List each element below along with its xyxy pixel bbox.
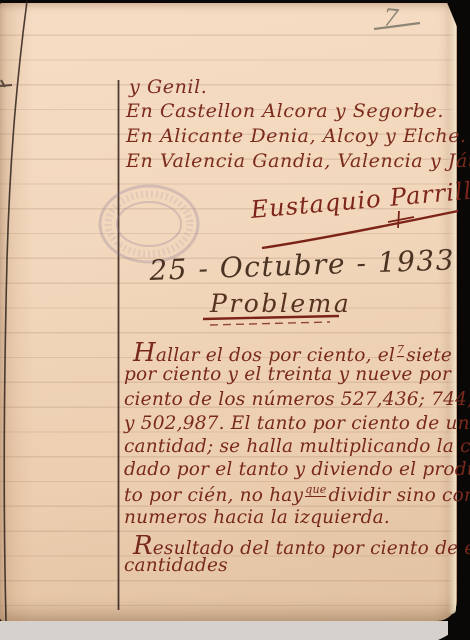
scanner-background-strip — [0, 621, 448, 640]
body-line-text: siete — [406, 345, 452, 366]
inserted-word: que — [305, 483, 326, 497]
page-edge-highlight — [448, 8, 456, 614]
header-line: En Castellon Alcora y Segorbe. — [126, 100, 444, 122]
body-line: por ciento y el treinta y nueve por — [124, 364, 451, 385]
body-line: ciento de los números 527,436; 744,302 — [124, 389, 470, 410]
body-line-text: dividir sino correr dos — [328, 485, 470, 506]
body-line-text: Hallar el dos por ciento, el — [133, 345, 395, 366]
body-line: y 502,987. El tanto por ciento de una — [124, 413, 470, 434]
section-title: Problema — [210, 289, 351, 318]
header-line: y Genil. — [129, 76, 207, 98]
body-line: dado por el tanto y diviendo el produc — [124, 459, 470, 480]
page-number: 7 — [382, 3, 400, 32]
body-line: to por cién, no hayquedividir sino corre… — [124, 483, 470, 506]
inserted-word: 7 — [397, 343, 404, 357]
body-line: numeros hacia la izquierda. — [124, 507, 390, 528]
body-line-text: to por cién, no hay — [124, 485, 303, 506]
body-line: cantidad; se halla multiplicando la cant… — [124, 436, 470, 457]
body-line: cantidades — [124, 555, 228, 576]
header-line: En Alicante Denia, Alcoy y Elche. — [126, 125, 467, 147]
header-line: En Valencia Gandia, Valencia y Játiva — [126, 150, 470, 172]
scanned-notebook-page: 7 y Genil. En Castellon Alcora y Segorbe… — [0, 0, 470, 640]
